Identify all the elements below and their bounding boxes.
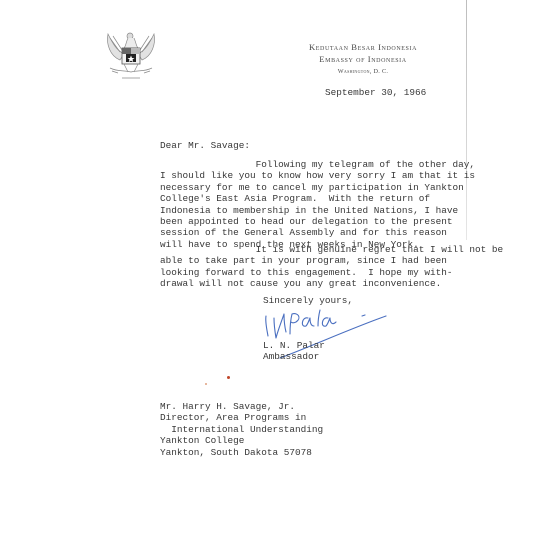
letter-date: September 30, 1966 <box>325 87 426 98</box>
body-line: I should like you to know how very sorry… <box>160 170 475 181</box>
body-line: College's East Asia Program. With the re… <box>160 193 475 204</box>
address-line: Mr. Harry H. Savage, Jr. <box>160 401 323 412</box>
letterhead-line-indonesian: Kedutaan Besar Indonesia <box>290 41 436 53</box>
letterhead-line-english: Embassy of Indonesia <box>290 53 436 66</box>
address-line: Yankton, South Dakota 57078 <box>160 447 323 458</box>
body-line: Following my telegram of the other day, <box>160 159 475 170</box>
signer-name: L. N. Palar <box>263 340 325 351</box>
address-line: Director, Area Programs in <box>160 412 323 423</box>
garuda-emblem-icon <box>104 26 158 84</box>
address-line: Yankton College <box>160 435 323 446</box>
body-line: drawal will not cause you any great inco… <box>160 278 503 289</box>
body-line: necessary for me to cancel my participat… <box>160 182 475 193</box>
body-line: session of the General Assembly and for … <box>160 227 475 238</box>
address-line: International Understanding <box>160 424 323 435</box>
body-line: Indonesia to membership in the United Na… <box>160 205 475 216</box>
signer-title: Ambassador <box>263 351 325 362</box>
ink-spot <box>205 383 207 385</box>
letterhead-location: Washington, D. C. <box>290 66 436 77</box>
closing: Sincerely yours, <box>263 295 353 306</box>
body-line: It is with genuine regret that I will no… <box>160 244 503 255</box>
body-line: able to take part in your program, since… <box>160 255 503 266</box>
signer-block: L. N. Palar Ambassador <box>263 340 325 363</box>
body-paragraph-1: Following my telegram of the other day, … <box>160 159 475 250</box>
body-line: looking forward to this engagement. I ho… <box>160 267 503 278</box>
ink-spot <box>227 376 230 379</box>
body-line: been appointed to head our delegation to… <box>160 216 475 227</box>
letterhead: Kedutaan Besar Indonesia Embassy of Indo… <box>290 41 436 77</box>
salutation: Dear Mr. Savage: <box>160 140 250 151</box>
body-paragraph-2: It is with genuine regret that I will no… <box>160 244 503 290</box>
recipient-address: Mr. Harry H. Savage, Jr. Director, Area … <box>160 401 323 458</box>
